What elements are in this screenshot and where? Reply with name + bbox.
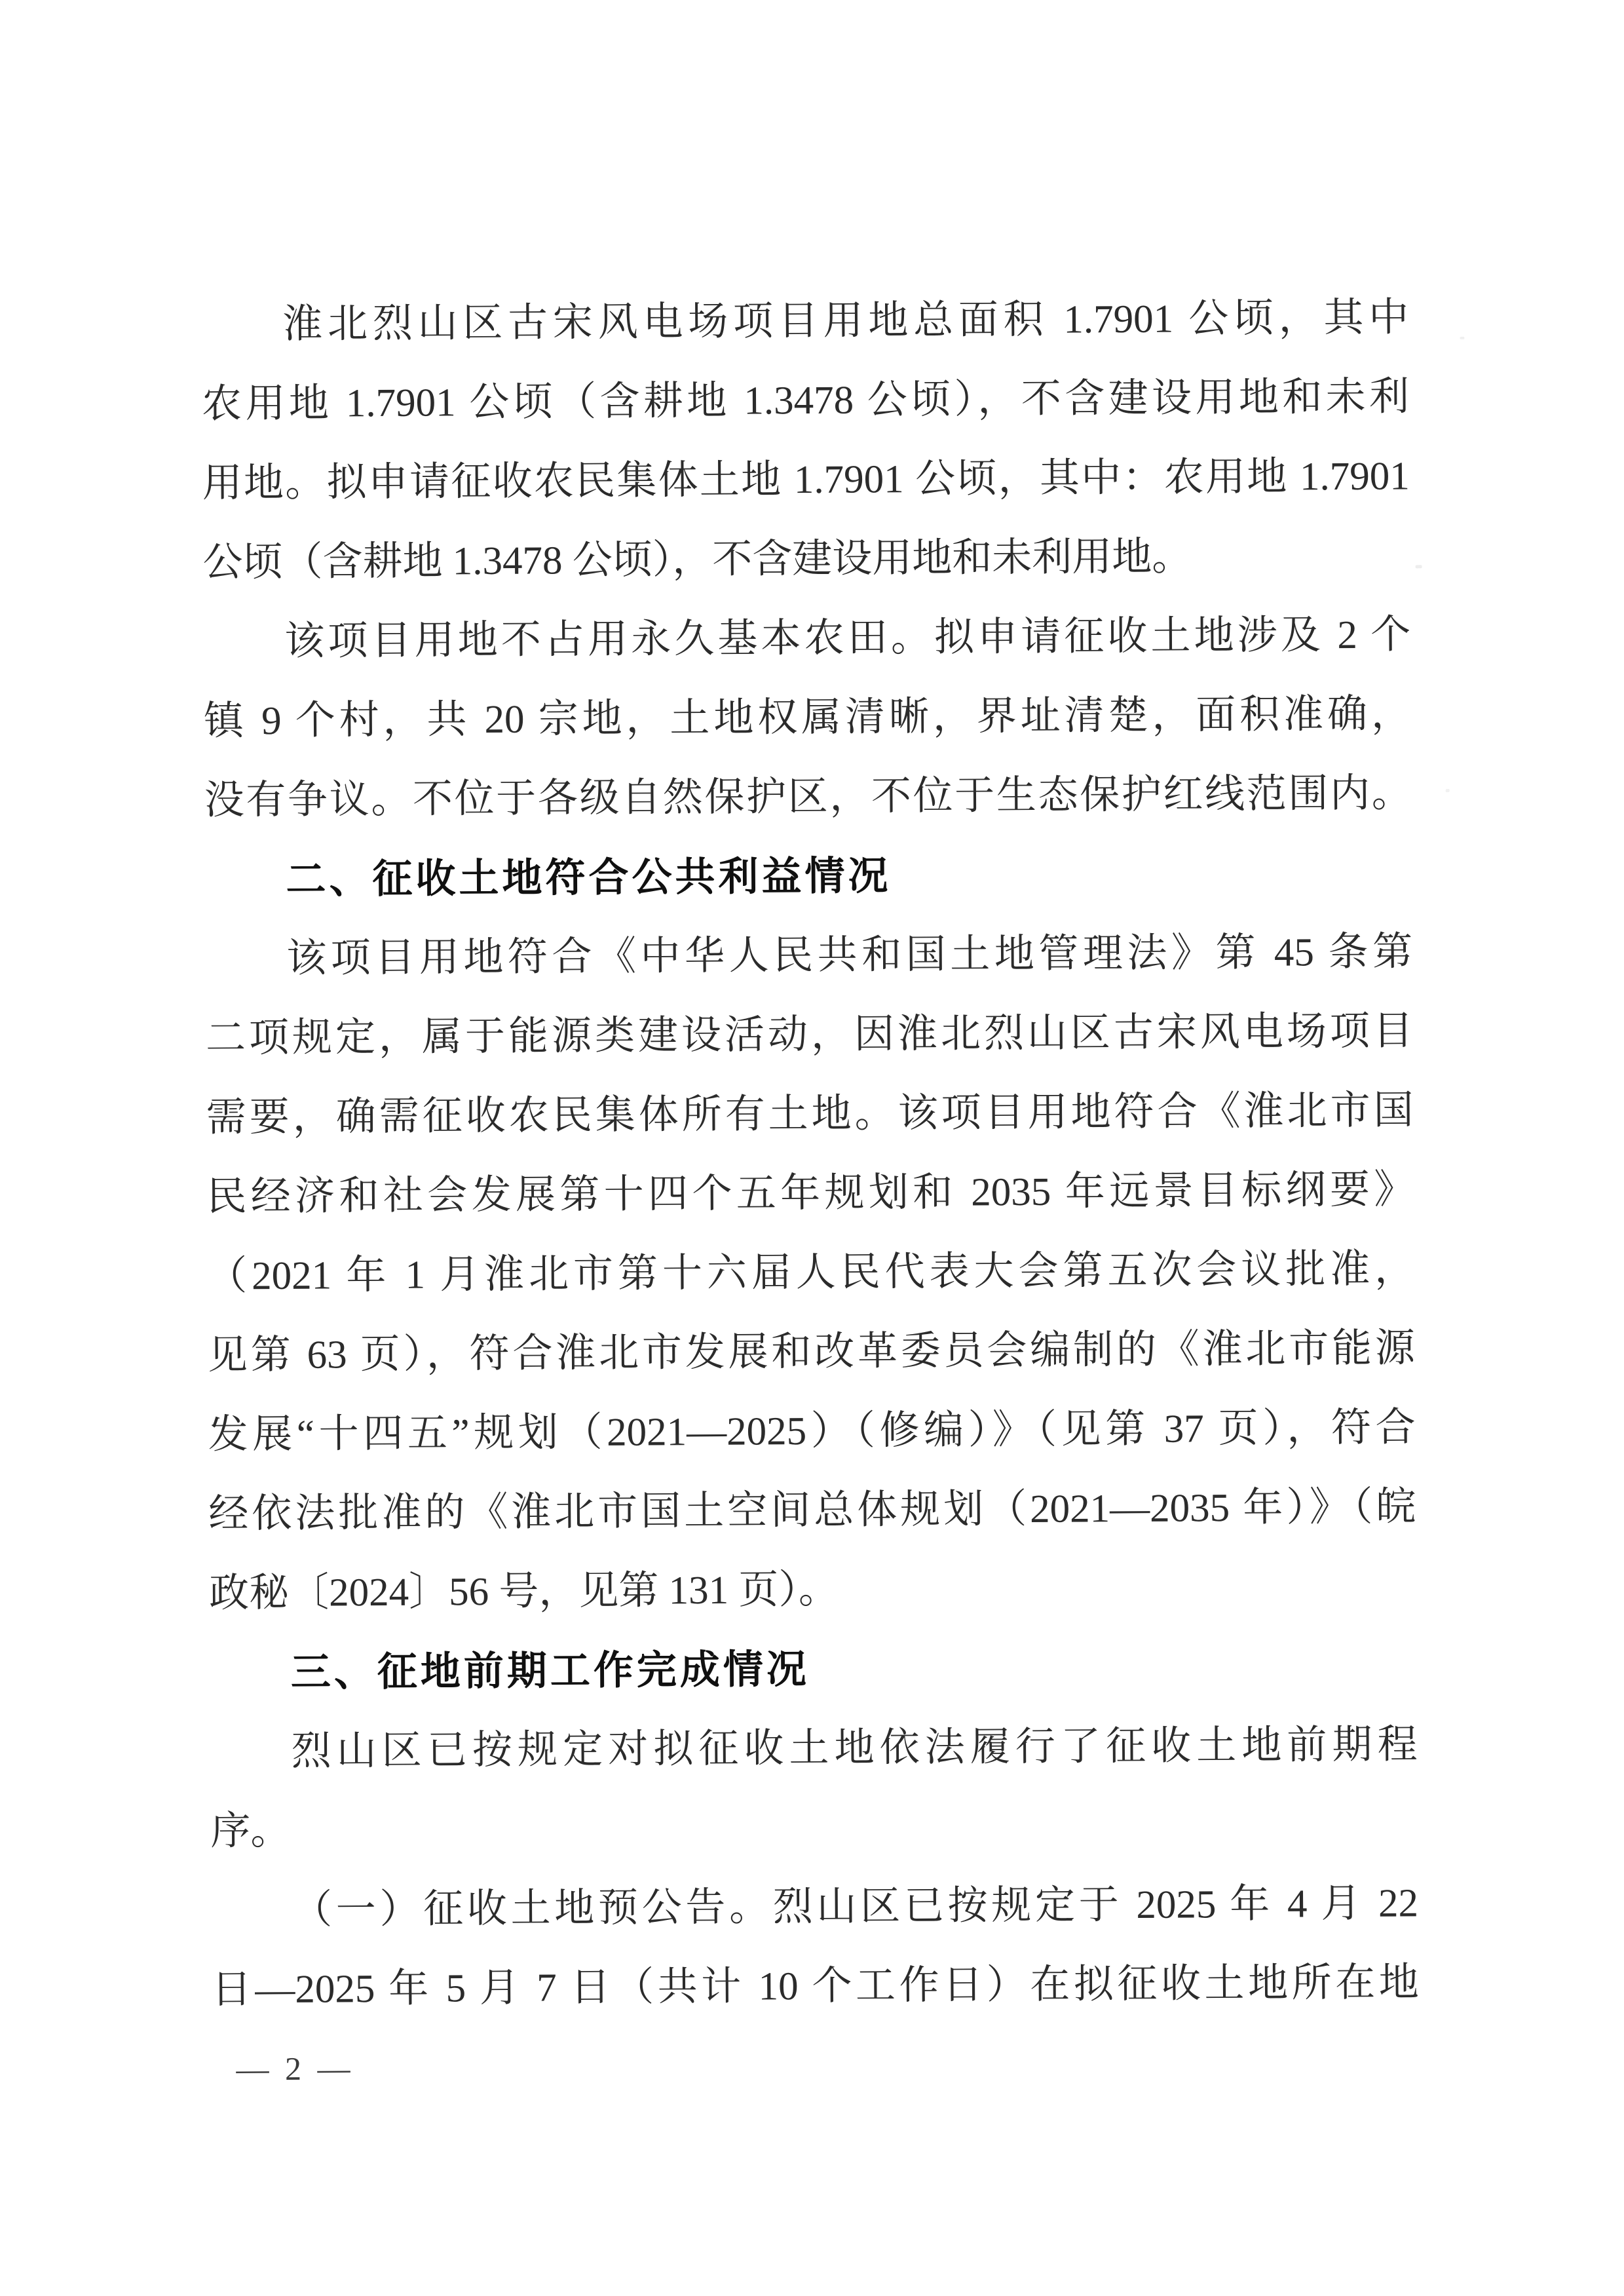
text-line: 烈山区已按规定对拟征收土地依法履行了征收土地前期程 [210,1705,1418,1791]
text-line: 用地。拟申请征收农民集体土地 1.7901 公顷，其中：农用地 1.7901 [202,436,1410,523]
text-line: 序。 [210,1784,1418,1871]
text-line: 没有争议。不位于各级自然保护区，不位于生态保护红线范围内。 [204,754,1412,840]
text-line: （一）征收土地预公告。烈山区已按规定于 2025 年 4 月 22 [211,1864,1419,1950]
scan-speck [1446,789,1450,792]
text-line: 政秘〔2024〕56 号，见第 131 页）。 [209,1546,1417,1633]
text-line: 农用地 1.7901 公顷（含耕地 1.3478 公顷），不含建设用地和未利 [202,357,1410,444]
text-block: 淮北烈山区古宋风电场项目用地总面积 1.7901 公顷，其中 农用地 1.790… [201,278,1419,2029]
text-line: 民经济和社会发展第十四个五年规划和 2035 年远景目标纲要》 [206,1150,1414,1236]
text-line: 经依法批准的《淮北市国土空间总体规划（2021—2035 年）》（皖 [208,1467,1416,1554]
text-line: 淮北烈山区古宋风电场项目用地总面积 1.7901 公顷，其中 [201,278,1409,364]
text-line: （2021 年 1 月淮北市第十六届人民代表大会第五次会议批准， [207,1229,1415,1316]
scan-speck [1416,565,1422,568]
text-line: 该项目用地不占用永久基本农田。拟申请征收土地涉及 2 个 [203,595,1411,681]
section-heading-3: 三、征地前期工作完成情况 [210,1626,1418,1712]
section-heading-2: 二、征收土地符合公共利益情况 [204,833,1412,919]
document-page: 淮北烈山区古宋风电场项目用地总面积 1.7901 公顷，其中 农用地 1.790… [0,0,1624,2296]
scan-speck [1460,337,1464,339]
text-line: 镇 9 个村，共 20 宗地，土地权属清晰，界址清楚，面积准确， [204,674,1412,761]
text-line: 日—2025 年 5 月 7 日（共计 10 个工作日）在拟征收土地所在地 [211,1943,1419,2029]
text-line: 发展“十四五”规划（2021—2025）（修编）》（见第 37 页），符合 [208,1388,1416,1474]
scanned-area: 淮北烈山区古宋风电场项目用地总面积 1.7901 公顷，其中 农用地 1.790… [0,0,1624,2296]
text-line: 需要，确需征收农民集体所有土地。该项目用地符合《淮北市国 [206,1071,1414,1157]
page-number: — 2 — [236,2048,354,2088]
text-line: 见第 63 页），符合淮北市发展和改革委员会编制的《淮北市能源 [208,1309,1416,1395]
text-line: 公顷（含耕地 1.3478 公顷），不含建设用地和未利用地。 [202,516,1410,602]
text-line: 二项规定，属于能源类建设活动，因淮北烈山区古宋风电场项目 [206,991,1414,1078]
text-line: 该项目用地符合《中华人民共和国土地管理法》第 45 条第 [205,912,1413,999]
